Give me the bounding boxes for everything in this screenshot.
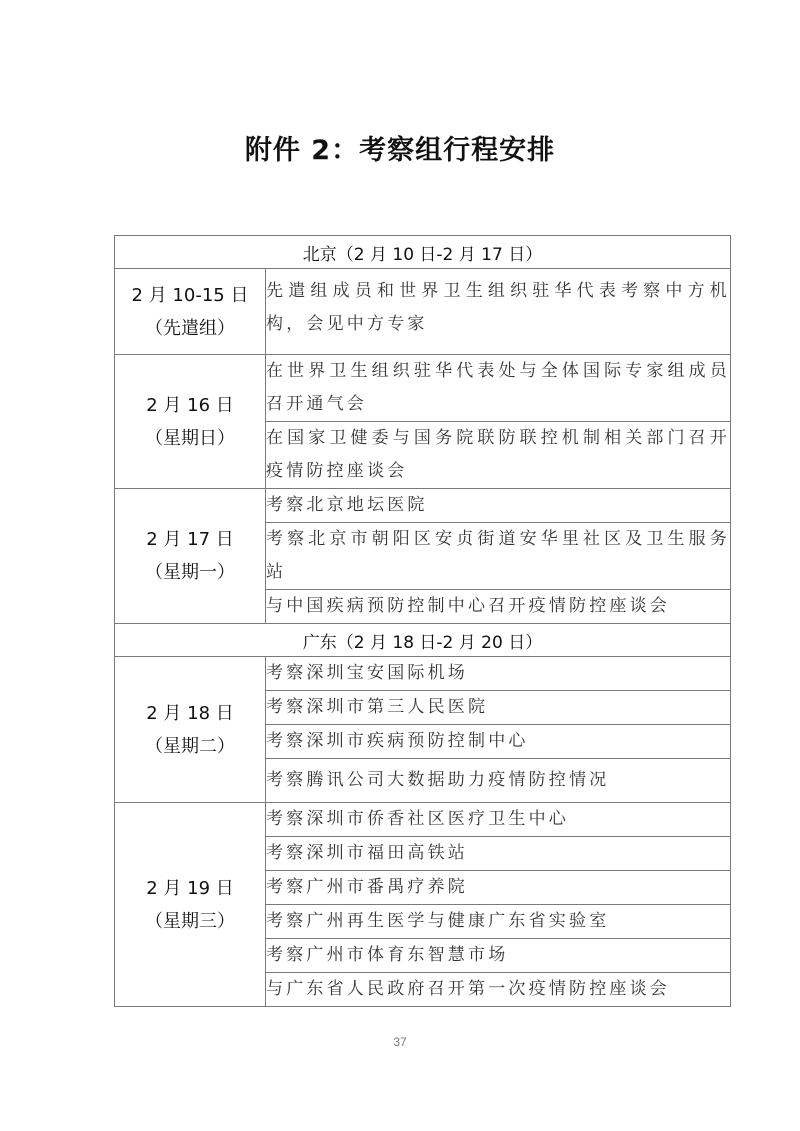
activity-cell: 考察深圳市侨香社区医疗卫生中心 [266, 803, 731, 837]
date-label: 2 月 10-15 日 [115, 279, 265, 312]
table-row: 2 月 19 日 （星期三） 考察深圳市侨香社区医疗卫生中心 [115, 803, 731, 837]
table-row: 2 月 16 日 （星期日） 在世界卫生组织驻华代表处与全体国际专家组成员召开通… [115, 355, 731, 422]
activity-cell: 考察北京地坛医院 [266, 489, 731, 523]
region-header-guangdong: 广东（2 月 18 日-2 月 20 日） [115, 624, 731, 657]
date-label: 2 月 17 日 [115, 523, 265, 556]
date-cell: 2 月 17 日 （星期一） [115, 489, 266, 624]
date-cell: 2 月 16 日 （星期日） [115, 355, 266, 489]
date-note: （星期二） [115, 730, 265, 763]
activity-cell: 考察广州再生医学与健康广东省实验室 [266, 905, 731, 939]
activity-cell: 考察深圳市福田高铁站 [266, 837, 731, 871]
activity-cell: 考察深圳市疾病预防控制中心 [266, 725, 731, 759]
activity-cell: 在世界卫生组织驻华代表处与全体国际专家组成员召开通气会 [266, 355, 731, 422]
itinerary-table: 北京（2 月 10 日-2 月 17 日） 2 月 10-15 日 （先遣组） … [114, 235, 731, 1007]
date-label: 2 月 18 日 [115, 697, 265, 730]
page-title: 附件 2：考察组行程安排 [0, 128, 800, 167]
date-cell: 2 月 19 日 （星期三） [115, 803, 266, 1007]
activity-cell: 考察北京市朝阳区安贞街道安华里社区及卫生服务站 [266, 523, 731, 590]
date-label: 2 月 16 日 [115, 389, 265, 422]
page-number: 37 [0, 1035, 800, 1049]
table-row: 2 月 10-15 日 （先遣组） 先遣组成员和世界卫生组织驻华代表考察中方机构… [115, 269, 731, 355]
activity-cell: 考察深圳宝安国际机场 [266, 657, 731, 691]
activity-cell: 考察广州市番禺疗养院 [266, 871, 731, 905]
table-row: 2 月 17 日 （星期一） 考察北京地坛医院 [115, 489, 731, 523]
date-label: 2 月 19 日 [115, 872, 265, 905]
activity-cell: 考察深圳市第三人民医院 [266, 691, 731, 725]
date-note: （星期一） [115, 556, 265, 589]
date-note: （先遣组） [115, 312, 265, 345]
activity-cell: 考察广州市体育东智慧市场 [266, 939, 731, 973]
region-header-beijing: 北京（2 月 10 日-2 月 17 日） [115, 236, 731, 269]
date-note: （星期日） [115, 422, 265, 455]
date-cell: 2 月 18 日 （星期二） [115, 657, 266, 803]
activity-cell: 与中国疾病预防控制中心召开疫情防控座谈会 [266, 590, 731, 624]
activity-cell: 与广东省人民政府召开第一次疫情防控座谈会 [266, 973, 731, 1007]
activity-cell: 在国家卫健委与国务院联防联控机制相关部门召开疫情防控座谈会 [266, 422, 731, 489]
region-header-row: 北京（2 月 10 日-2 月 17 日） [115, 236, 731, 269]
activity-cell: 先遣组成员和世界卫生组织驻华代表考察中方机构，会见中方专家 [266, 269, 731, 355]
table-row: 2 月 18 日 （星期二） 考察深圳宝安国际机场 [115, 657, 731, 691]
date-note: （星期三） [115, 905, 265, 938]
activity-cell: 考察腾讯公司大数据助力疫情防控情况 [266, 759, 731, 803]
date-cell: 2 月 10-15 日 （先遣组） [115, 269, 266, 355]
region-header-row: 广东（2 月 18 日-2 月 20 日） [115, 624, 731, 657]
